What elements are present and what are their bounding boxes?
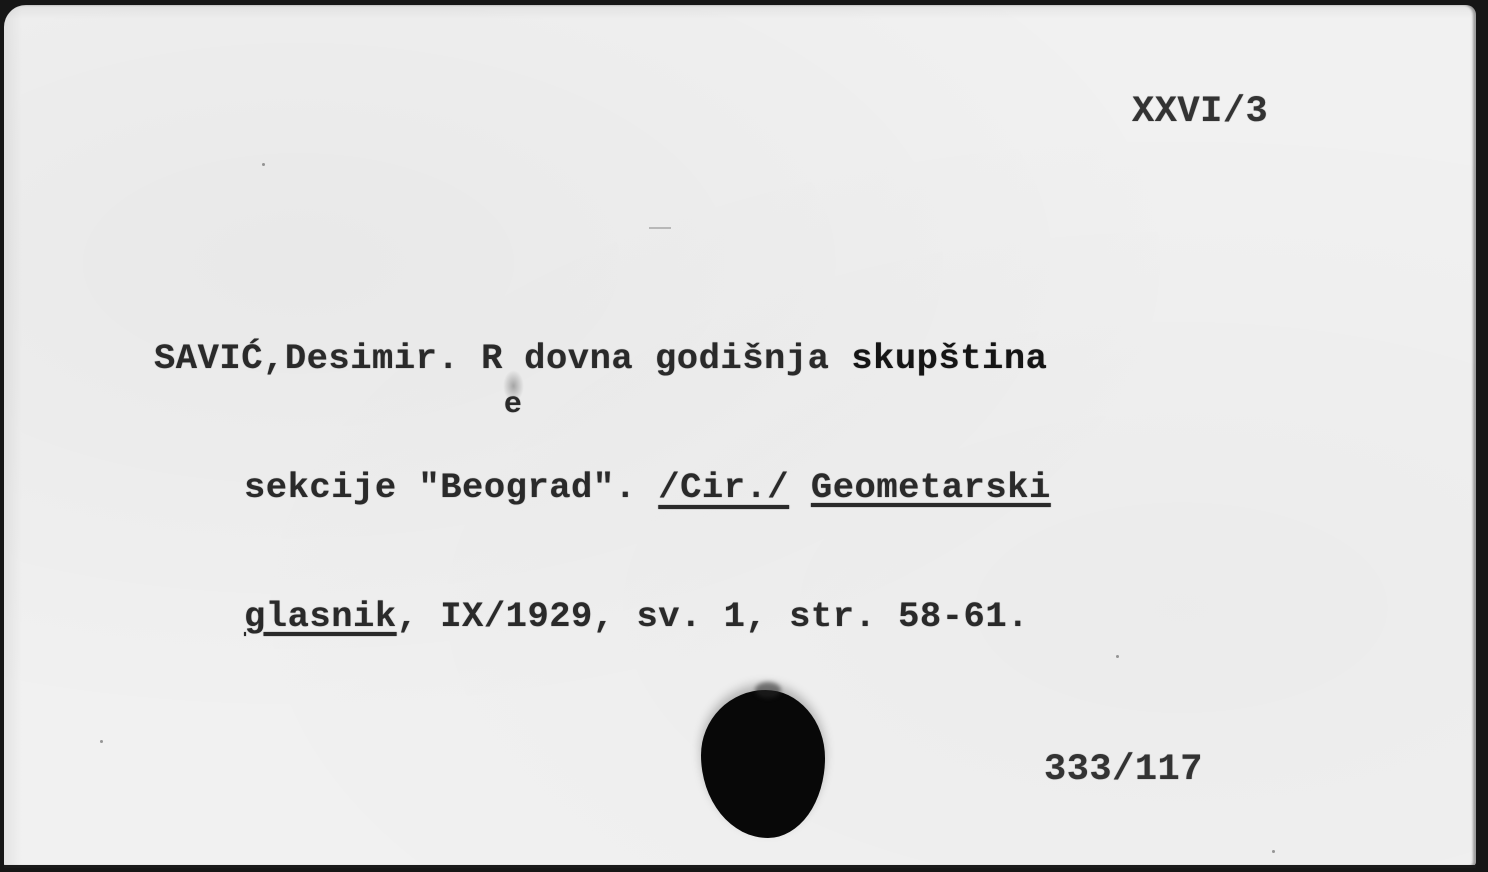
title-cont: dovna godišnja — [524, 338, 851, 379]
author: SAVIĆ,Desimir. — [154, 338, 459, 379]
inserted-letter: e — [504, 384, 523, 427]
scan-frame: XXVI/3 SAVIĆ,Desimir. Redovna godišnja s… — [0, 0, 1488, 872]
paper-speck — [1116, 655, 1119, 658]
call-number: XXVI/3 — [1132, 91, 1268, 133]
bibliographic-entry: SAVIĆ,Desimir. Redovna godišnja skupštin… — [154, 251, 1051, 724]
entry-line-3: glasnik, IX/1929, sv. 1, str. 58-61. — [154, 595, 1051, 638]
paper-speck — [100, 740, 103, 743]
entry-line-2: sekcije "Beograd". /Cir./ Geometarski — [154, 466, 1051, 509]
paper-speck — [262, 163, 265, 166]
journal-title-part-1: Geometarski — [811, 467, 1051, 508]
punch-hole-icon — [701, 690, 825, 838]
faint-mark — [649, 227, 671, 229]
script-note: /Cir./ — [658, 467, 789, 508]
title-start: R — [481, 338, 503, 379]
paper-speck — [1272, 850, 1275, 853]
title-bold-word: skupština — [851, 338, 1047, 379]
title-line-2: sekcije "Beograd". — [244, 467, 658, 508]
accession-number: 333/117 — [1044, 749, 1203, 791]
catalog-card: XXVI/3 SAVIĆ,Desimir. Redovna godišnja s… — [4, 5, 1476, 866]
entry-line-1: SAVIĆ,Desimir. Redovna godišnja skupštin… — [154, 337, 1051, 380]
journal-title-part-2: glasnik — [244, 596, 397, 637]
citation-details: , IX/1929, sv. 1, str. 58-61. — [397, 596, 1029, 637]
